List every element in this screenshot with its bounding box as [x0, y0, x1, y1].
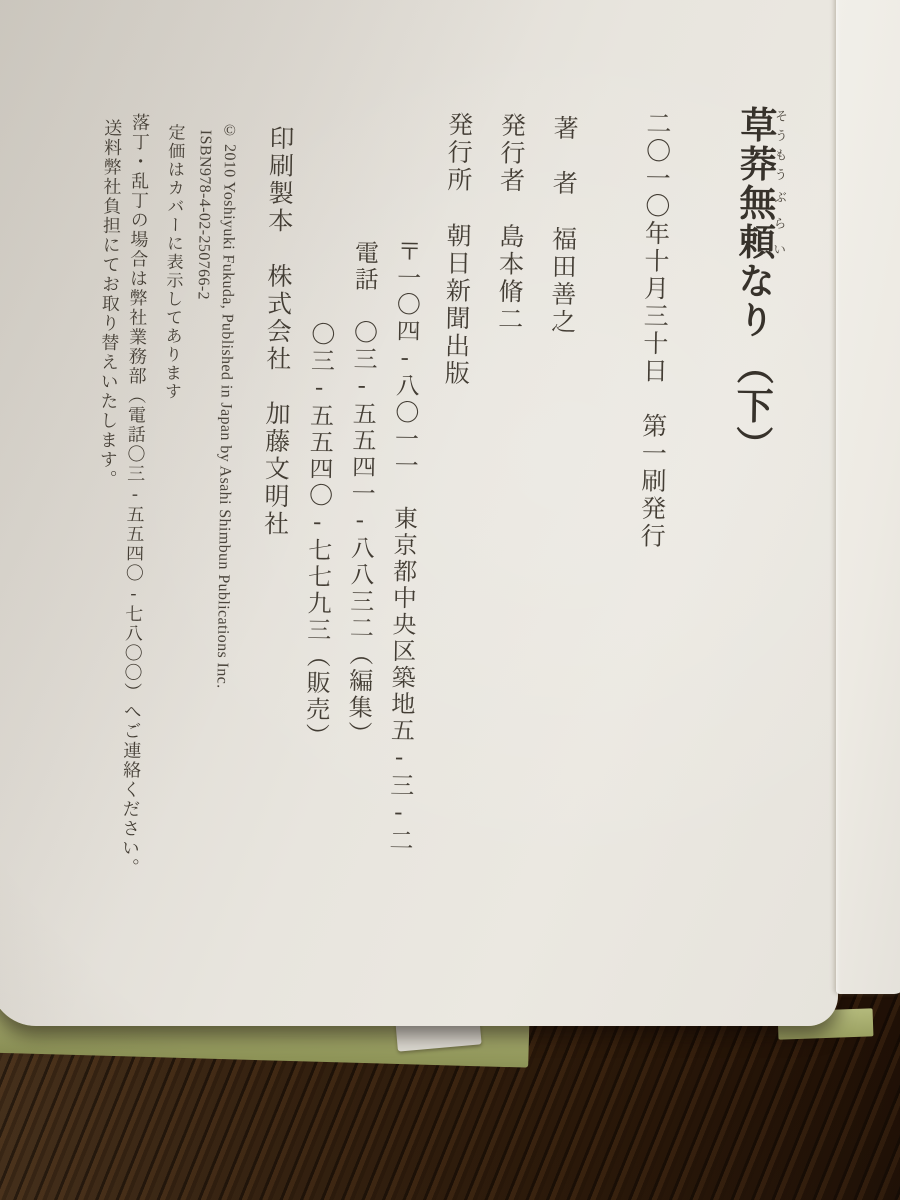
publishing-house-line: 発行所朝日新聞出版	[431, 101, 472, 963]
title-base-1: 草莽	[733, 105, 775, 184]
photo-scene: 草莽そうもう無頼ぶらいなり（下） 二〇一〇年十月三十日 第一刷発行 著 者福田善…	[0, 0, 900, 1200]
publisher-line: 発行者島本脩二	[484, 102, 525, 964]
title-base-2: 無頼	[732, 183, 774, 262]
author-name: 福田善之	[548, 225, 577, 335]
title-word-soumou: 草莽そうもう	[733, 105, 775, 184]
publishing-house-name: 朝日新聞出版	[441, 222, 470, 387]
printer-name: 株式会社 加藤文明社	[261, 263, 292, 538]
title-furigana-1: そうもう	[772, 106, 788, 184]
printer-label: 印刷製本	[265, 125, 294, 235]
edition-date-line: 二〇一〇年十月三十日 第一刷発行	[630, 104, 671, 966]
author-label: 著 者	[549, 115, 577, 198]
price-note-line: 定価はカバーに表示してあります	[154, 97, 186, 959]
author-line: 著 者福田善之	[537, 103, 578, 965]
copyright-line: © 2010 Yoshiyuki Fukuda, Published in Ja…	[209, 98, 239, 960]
phone-sales-line: 〇三-五五四〇-七七九三（販売）	[297, 99, 337, 961]
title-furigana-2: ぶらい	[771, 184, 787, 262]
printer-line: 印刷製本株式会社 加藤文明社	[253, 99, 294, 961]
title-suffix: なり	[731, 261, 773, 340]
colophon-block: 草莽そうもう無頼ぶらいなり（下） 二〇一〇年十月三十日 第一刷発行 著 者福田善…	[90, 96, 788, 967]
defect-notice-line: 落丁・乱丁の場合は弊社業務部（電話〇三-五五四〇-七八〇〇）へご連絡ください。	[118, 97, 151, 959]
phone-editorial-line: 電話 〇三-五五四一-八八三二（編集）	[339, 100, 379, 962]
title-word-burai: 無頼ぶらい	[732, 183, 774, 262]
publisher-label: 発行者	[497, 112, 525, 195]
publishing-house-label: 発行所	[444, 111, 472, 194]
title-volume: （下）	[729, 347, 772, 465]
publisher-name: 島本脩二	[495, 222, 524, 332]
page-fore-edge	[836, 0, 900, 994]
postal-address-line: 〒一〇四-八〇一一 東京都中央区築地五-三-二	[382, 100, 422, 962]
